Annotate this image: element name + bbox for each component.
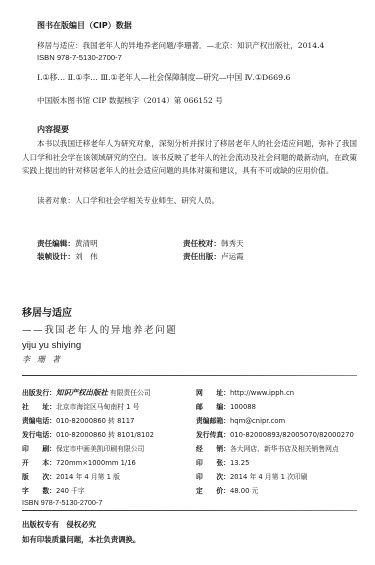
summary-paragraph: 本书以我国迁移老年人为研究对象，深刻分析并探讨了移居老年人的社会适应问题，弥补了… [22,137,357,178]
book-subtitle: ——我国老年人的异地养老问题 [22,322,177,336]
pub-left-value-0: 有限责任公司 [108,389,151,397]
pub-left-value-6: 2014 年 4 月第 1 版 [56,473,120,481]
pub-edition: 版 次：2014 年 4 月第 1 版 [22,471,120,481]
credit-publishing: 责任出版：卢运霞 [183,251,244,262]
pub-right-value-4: 各大网店、新华书店及相关销售网点 [230,445,339,453]
pub-right-value-1: 100088 [230,403,256,411]
pub-postcode: 邮 编：100088 [196,401,256,411]
pub-right-value-6: 2014 年 4 月第 1 次印刷 [230,473,308,481]
quality-notice: 如有印装质量问题，本社负责调换。 [22,534,140,545]
pub-left-value-7: 240 千字 [56,487,85,495]
pub-printing: 印 次：2014 年 4 月第 1 次印刷 [196,471,308,481]
pub-right-value-2: hqm@cnipr.com [230,417,285,425]
pub-left-label-1: 社 址： [22,403,56,411]
pub-left-label-4: 印 刷： [22,445,56,453]
pub-distribution-phone: 发行电话：010-82000860 转 8101/8102 [22,429,154,439]
pub-fax: 发行传真：010-82000893/82005070/82000270 [196,429,354,439]
pub-right-label-1: 邮 编： [196,403,230,411]
pub-distributor: 经 销：各大网店、新华书店及相关销售网点 [196,443,339,453]
pub-word-count: 字 数：240 千字 [22,485,85,495]
cip-record-line: 移居与适应：我国老年人的异地养老问题/李珊著．—北京：知识产权出版社，2014.… [37,40,324,51]
divider-top [22,375,357,376]
credit-designer-label: 装帧设计： [37,252,75,261]
cip-heading: 图书在版编目（CIP）数据 [37,20,132,31]
pub-right-label-0: 网 址： [196,389,230,397]
credit-publishing-label: 责任出版： [183,252,221,261]
credit-publishing-value: 卢运霞 [221,252,244,261]
pub-price: 定 价：48.00 元 [196,485,258,495]
pub-editor-email: 责编邮箱：hqm@cnipr.com [196,415,285,425]
pub-website: 网 址：http://www.ipph.cn [196,387,294,397]
pub-right-label-2: 责编邮箱： [196,417,230,425]
pub-right-value-7: 48.00 元 [230,487,258,495]
pub-right-value-0: http://www.ipph.cn [230,389,294,397]
pub-isbn: ISBN 978-7-5130-2700-7 [22,498,102,507]
pub-left-value-2: 010-82000860 转 8117 [56,417,134,425]
pub-right-value-3: 010-82000893/82005070/82000270 [230,431,354,439]
pub-left-label-6: 版 次： [22,473,56,481]
pub-right-label-5: 印 张： [196,459,230,467]
pub-left-label-0: 出版发行： [22,389,56,397]
credit-designer-value: 刘 伟 [75,252,98,261]
pub-right-label-7: 定 价： [196,487,230,495]
pub-right-label-4: 经 销： [196,445,230,453]
pub-printer: 印 刷：保定市中画美凯印刷有限公司 [22,443,144,453]
credit-editor-label: 责任编辑： [37,239,75,248]
credit-editor: 责任编辑：黄清明 [37,238,98,249]
book-title: 移居与适应 [22,304,72,319]
publisher-brand: 知识产权出版社 [56,388,108,397]
pub-right-label-3: 发行传真： [196,431,230,439]
pub-left-label-2: 责编电话： [22,417,56,425]
pub-sheets: 印 张：13.25 [196,457,249,467]
book-pinyin-title: yiju yu shiying [22,340,81,351]
copyright-notice: 出版权专有 侵权必究 [22,519,96,530]
pub-address: 社 址：北京市海淀区马甸南村 1 号 [22,401,139,411]
pub-right-value-5: 13.25 [230,459,249,467]
book-author: 李珊著 [22,354,67,365]
pub-left-value-4: 保定市中画美凯印刷有限公司 [56,445,144,453]
credit-editor-value: 黄清明 [75,239,98,248]
pub-left-label-5: 开 本： [22,459,56,467]
pub-left-value-1: 北京市海淀区马甸南村 1 号 [56,403,139,411]
pub-left-label-3: 发行电话： [22,431,56,439]
pub-left-value-3: 010-82000860 转 8101/8102 [56,431,154,439]
cip-classification: Ⅰ.①移… Ⅱ.①李… Ⅲ.①老年人—社会保障制度—研究—中国 Ⅳ.①D669.… [37,72,291,83]
summary-heading: 内容提要 [37,124,69,135]
target-readers: 读者对象：人口学和社会学相关专业师生、研究人员。 [37,195,219,206]
pub-publisher: 出版发行：知识产权出版社 有限责任公司 [22,387,151,398]
credit-proofreader: 责任校对：韩秀天 [183,238,244,249]
pub-left-value-5: 720mm×1000mm 1/16 [56,459,136,467]
credit-designer: 装帧设计：刘 伟 [37,251,98,262]
pub-editor-phone: 责编电话：010-82000860 转 8117 [22,415,134,425]
cip-isbn: ISBN 978-7-5130-2700-7 [37,53,122,62]
credit-proofreader-value: 韩秀天 [221,239,244,248]
divider-bottom [22,510,357,511]
pub-left-label-7: 字 数： [22,487,56,495]
pub-right-label-6: 印 次： [196,473,230,481]
pub-format: 开 本：720mm×1000mm 1/16 [22,457,136,467]
cip-cataloging-number: 中国版本图书馆 CIP 数据核字（2014）第 066152 号 [37,95,223,106]
credit-proofreader-label: 责任校对： [183,239,221,248]
